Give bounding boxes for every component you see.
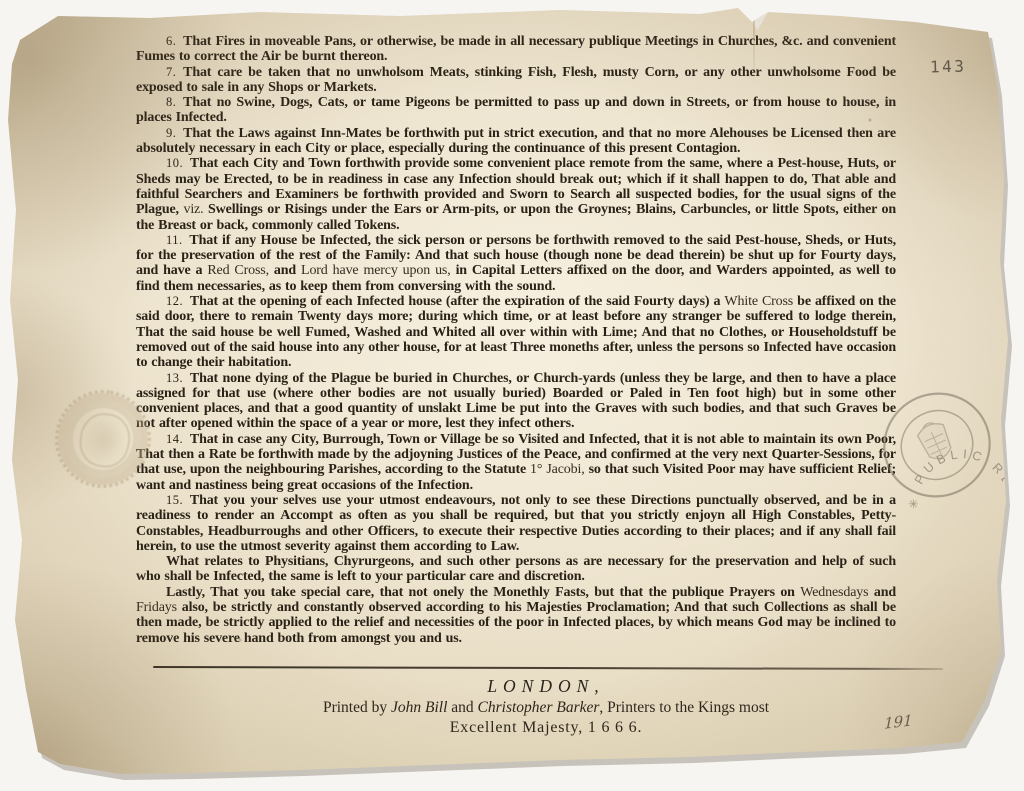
italic-text: Christopher Barker xyxy=(478,699,600,716)
blackletter-text: That at the opening of each Infected hou… xyxy=(190,294,725,309)
blackletter-text: Swellings or Risings under the Ears or A… xyxy=(136,202,896,232)
blackletter-text: That Fires in moveable Pans, or otherwis… xyxy=(136,34,896,64)
blackletter-text: and xyxy=(269,263,301,278)
document-body: 6. That Fires in moveable Pans, or other… xyxy=(136,34,896,646)
order-paragraph: 10. That each City and Town forthwith pr… xyxy=(136,156,896,232)
order-paragraph: Lastly, That you take special care, that… xyxy=(136,585,896,646)
order-paragraph: What relates to Physitians, Chyrurgeons,… xyxy=(136,554,896,585)
order-paragraph: 7. That care be taken that no unwholsom … xyxy=(136,65,896,96)
order-paragraph: 13. That none dying of the Plague be bur… xyxy=(136,371,896,432)
roman-text: viz. xyxy=(183,202,203,217)
handwritten-folio-number: 191 xyxy=(884,711,913,733)
colophon-place: LONDON, xyxy=(150,676,942,697)
paragraph-number: 7. xyxy=(166,65,183,79)
blackletter-text: That you your selves use your utmost end… xyxy=(136,493,896,554)
blackletter-text: That no Swine, Dogs, Cats, or tame Pigeo… xyxy=(136,95,896,125)
stamp-royal-crest xyxy=(915,418,956,463)
colophon: LONDON, Printed by John Bill and Christo… xyxy=(150,676,942,737)
order-paragraph: 15. That you your selves use your utmost… xyxy=(136,493,896,554)
stamped-page-number: 143 xyxy=(930,57,967,77)
blackletter-text: What relates to Physitians, Chyrurgeons,… xyxy=(136,554,896,584)
order-paragraph: 12. That at the opening of each Infected… xyxy=(136,294,896,370)
paragraph-number: 10. xyxy=(166,156,190,170)
stamp-circular-text: PUBLIC RECORD OFFICE ✳ xyxy=(889,429,1019,525)
paragraph-number: 6. xyxy=(166,34,183,48)
roman-text: Fridays xyxy=(136,600,177,615)
order-paragraph: 8. That no Swine, Dogs, Cats, or tame Pi… xyxy=(136,95,896,126)
scanned-document-page: { "annotations": { "stamped_page_number"… xyxy=(0,0,1024,791)
blackletter-text: Lastly, That you take special care, that… xyxy=(166,585,800,600)
roman-text: , Printers to the Kings most xyxy=(599,699,769,716)
order-paragraph: 9. That the Laws against Inn-Mates be fo… xyxy=(136,126,896,157)
order-paragraph: 6. That Fires in moveable Pans, or other… xyxy=(136,34,896,65)
colophon-divider-rule xyxy=(153,666,943,670)
blackletter-text: That care be taken that no unwholsom Mea… xyxy=(136,65,896,95)
paragraph-number: 11. xyxy=(166,233,189,247)
paragraph-number: 14. xyxy=(166,432,190,446)
colophon-majesty-line: Excellent Majesty, 1 6 6 6. xyxy=(150,719,942,737)
paragraph-number: 15. xyxy=(166,493,190,507)
colophon-printer-line: Printed by John Bill and Christopher Bar… xyxy=(150,699,942,717)
blackletter-text: and xyxy=(868,585,896,600)
blackletter-text: That none dying of the Plague be buried … xyxy=(136,371,896,432)
svg-text:PUBLIC RECORD OFFICE ✳: PUBLIC RECORD OFFICE ✳ xyxy=(889,429,1019,525)
embossed-seal-crest xyxy=(76,410,134,471)
paragraph-number: 12. xyxy=(166,294,190,308)
aged-paper-sheet: 143 6. That Fires in moveable Pans, or o… xyxy=(0,0,1024,791)
paragraph-number: 9. xyxy=(166,126,183,140)
roman-text: 1° Jacobi, xyxy=(530,462,585,477)
blackletter-text: That the Laws against Inn-Mates be forth… xyxy=(136,126,896,156)
blackletter-text: also, be strictly and constantly observe… xyxy=(136,600,896,646)
italic-text: John Bill xyxy=(391,699,447,716)
roman-text: Lord have mercy upon us, xyxy=(301,263,451,278)
roman-text: Printed by xyxy=(323,699,391,716)
paragraph-number: 8. xyxy=(166,95,183,109)
roman-text: Wednesdays xyxy=(800,585,868,600)
roman-text: White Cross xyxy=(724,294,793,309)
roman-text: and xyxy=(447,699,477,716)
paragraph-number: 13. xyxy=(166,371,190,385)
order-paragraph: 11. That if any House be Infected, the s… xyxy=(136,233,896,294)
roman-text: Red Cross, xyxy=(207,263,269,278)
order-paragraph: 14. That in case any City, Burrough, Tow… xyxy=(136,432,896,493)
